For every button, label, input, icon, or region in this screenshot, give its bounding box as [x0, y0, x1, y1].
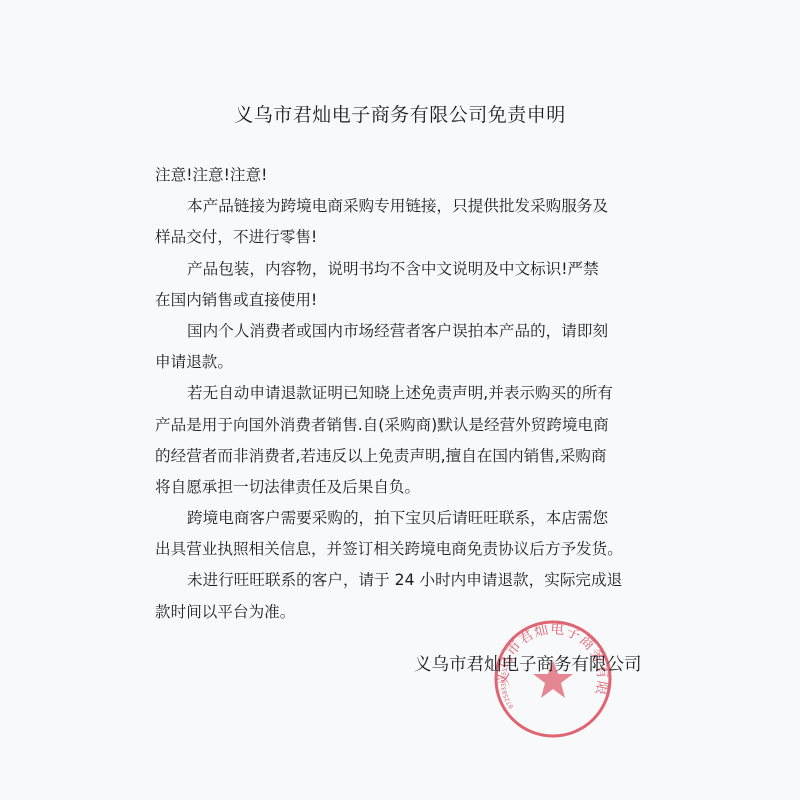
disclaimer-document: 义乌市君灿电子商务有限公司免责申明 注意!注意!注意! 本产品链接为跨境电商采购… [0, 0, 800, 800]
paragraph-line: 跨境电商客户需要采购的，拍下宝贝后请旺旺联系，本店需您 [155, 503, 675, 534]
paragraph-line: 申请退款。 [155, 347, 675, 378]
paragraph-line: 国内个人消费者或国内市场经营者客户误拍本产品的，请即刻 [155, 316, 675, 347]
document-title: 义乌市君灿电子商务有限公司免责申明 [0, 100, 800, 127]
paragraph-line: 本产品链接为跨境电商采购专用链接，只提供批发采购服务及 [155, 191, 675, 222]
document-body: 注意!注意!注意! 本产品链接为跨境电商采购专用链接，只提供批发采购服务及 样品… [155, 160, 675, 628]
paragraph-line: 若无自动申请退款证明已知晓上述免责声明,并表示购买的所有 [155, 378, 675, 409]
company-seal-stamp: 义乌市君灿电子商务有限公司 07250330555 [492, 618, 614, 740]
attention-line: 注意!注意!注意! [155, 160, 675, 191]
seal-icon: 义乌市君灿电子商务有限公司 07250330555 [492, 618, 614, 740]
paragraph-line: 的经营者而非消费者,若违反以上免责声明,擅自在国内销售,采购商 [155, 441, 675, 472]
paragraph-line: 在国内销售或直接使用! [155, 285, 675, 316]
company-signature: 义乌市君灿电子商务有限公司 [414, 651, 642, 676]
paragraph-line: 产品包装，内容物，说明书均不含中文说明及中文标识!严禁 [155, 254, 675, 285]
paragraph-line: 未进行旺旺联系的客户，请于 24 小时内申请退款，实际完成退 [155, 565, 675, 596]
paragraph-line: 产品是用于向国外消费者销售.自(采购商)默认是经营外贸跨境电商 [155, 410, 675, 441]
paragraph-line: 样品交付，不进行零售! [155, 222, 675, 253]
paragraph-line: 将自愿承担一切法律责任及后果自负。 [155, 472, 675, 503]
paragraph-line: 出具营业执照相关信息，并签订相关跨境电商免责协议后方予发货。 [155, 534, 675, 565]
